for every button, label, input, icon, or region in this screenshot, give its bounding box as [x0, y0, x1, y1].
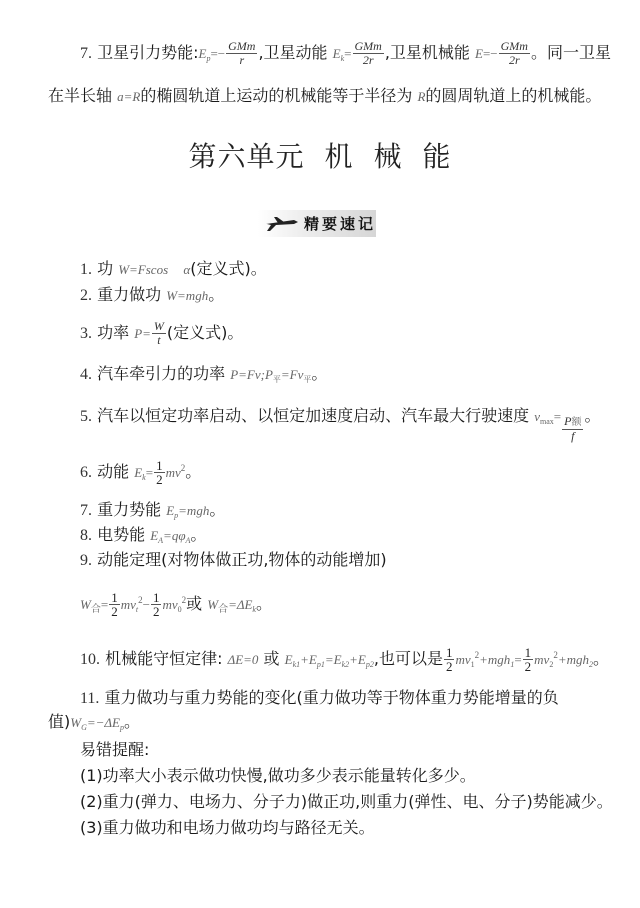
item-11-continued: 值)WG=−ΔEp。 — [48, 712, 140, 738]
item-1: 1. 功 W=Fscos α(定义式)。 — [80, 259, 267, 280]
top-item-7: 7. 卫星引力势能:Ep=−GMmr,卫星动能 Ek=GMm2r,卫星机械能 E… — [80, 40, 611, 69]
section-badge: 精要速记 — [258, 210, 376, 237]
item-7: 7. 重力势能 Ep=mgh。 — [80, 500, 225, 526]
item-9-formula: W合=12mvt2−12mv02或 W合=ΔEk。 — [80, 590, 272, 620]
item-2: 2. 重力做功 W=mgh。 — [80, 285, 224, 306]
item-10: 10. 机械能守恒定律: ΔE=0 或 Ek1+Ep1=Ek2+Ep2,也可以是… — [80, 645, 609, 675]
item-3: 3. 功率 P=Wt(定义式)。 — [80, 320, 243, 347]
item-4: 4. 汽车牵引力的功率 P=Fv;P平=Fv平。 — [80, 364, 327, 390]
item-8: 8. 电势能 EA=qφA。 — [80, 525, 206, 551]
fraction: GMm2r — [499, 40, 530, 67]
item-9: 9. 动能定理(对物体做正功,物体的动能增加) — [80, 550, 387, 571]
item-11: 11. 重力做功与重力势能的变化(重力做功等于物体重力势能增量的负 — [80, 688, 559, 709]
fraction: GMmr — [226, 40, 257, 67]
item-5: 5. 汽车以恒定功率启动、以恒定加速度启动、汽车最大行驶速度 vmax=P额f。 — [80, 406, 600, 443]
tips-heading: 易错提醒: — [80, 740, 149, 760]
tip-1: (1)功率大小表示做功快慢,做功多少表示能量转化多少。 — [80, 766, 476, 786]
fraction: GMm2r — [353, 40, 384, 67]
top-item-7-continued: 在半长轴 a=R的椭圆轨道上运动的机械能等于半径为 R的圆周轨道上的机械能。 — [48, 86, 601, 107]
airplane-icon — [264, 214, 300, 234]
tip-3: (3)重力做功和电场力做功均与路径无关。 — [80, 818, 375, 838]
chapter-title: 第六单元机械能 — [0, 135, 640, 175]
tip-2: (2)重力(弹力、电场力、分子力)做正功,则重力(弹性、电、分子)势能减少。 — [80, 792, 613, 812]
item-6: 6. 动能 Ek=12mv2。 — [80, 458, 201, 488]
